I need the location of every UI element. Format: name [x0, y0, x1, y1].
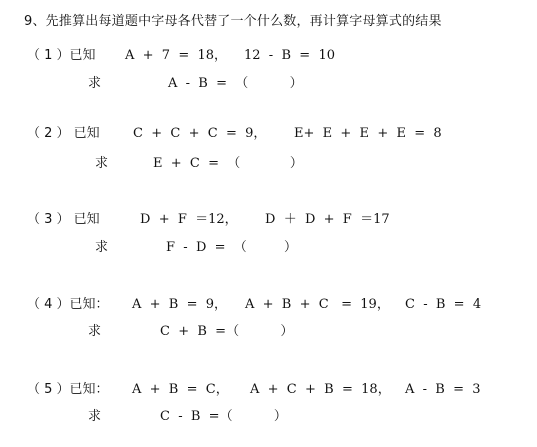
- ask-label: 求: [88, 324, 101, 340]
- given-equation: A - B = 3: [405, 382, 481, 398]
- given-equation: C - B = 4: [405, 297, 481, 313]
- problem-label: （ 1 ）已知: [27, 48, 96, 64]
- problem-label: （ 4 ）已知：: [27, 297, 109, 313]
- ask-label: 求: [88, 76, 101, 92]
- given-equation: A + B = C，: [132, 382, 229, 398]
- given-equation: A + B + C = 19，: [245, 297, 390, 313]
- ask-expression: C - B =（ ）: [160, 409, 287, 425]
- ask-label: 求: [88, 409, 101, 425]
- given-equation: A + B = 9，: [132, 297, 227, 313]
- given-equation: D + F ＝12，: [140, 212, 238, 228]
- given-equation: C + C + C = 9，: [133, 126, 266, 142]
- given-equation: E+ E + E + E = 8: [294, 126, 442, 142]
- ask-label: 求: [95, 240, 108, 256]
- problem-label: （ 5 ）已知：: [27, 382, 109, 398]
- ask-expression: E + C = （ ）: [153, 156, 303, 172]
- given-equation: D ＋ D + F ＝17: [265, 212, 390, 228]
- ask-expression: A - B = （ ）: [168, 76, 303, 92]
- ask-expression: C + B =（ ）: [160, 324, 293, 340]
- ask-label: 求: [95, 156, 108, 172]
- question-title: 9、先推算出每道题中字母各代替了一个什么数，再计算字母算式的结果: [24, 14, 442, 30]
- problem-label: （ 2 ） 已知: [27, 126, 100, 142]
- ask-expression: F - D = （ ）: [166, 240, 297, 256]
- problem-label: （ 3 ） 已知: [27, 212, 100, 228]
- given-equation: 12 - B = 10: [244, 48, 335, 64]
- given-equation: A + 7 = 18，: [125, 48, 227, 64]
- given-equation: A + C + B = 18，: [250, 382, 391, 398]
